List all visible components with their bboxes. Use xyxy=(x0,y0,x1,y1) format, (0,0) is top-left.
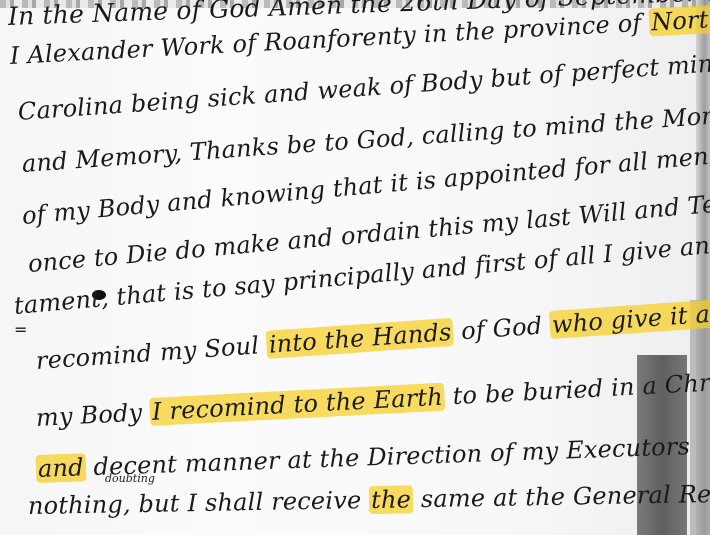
line-8-text-b: of God xyxy=(452,311,551,346)
line-8-text-a: recomind my Soul xyxy=(35,331,268,375)
line-11-text-a: nothing, but I shall receive xyxy=(28,486,370,520)
highlight-into-the-hands: into the Hands xyxy=(266,318,454,359)
line-11-text-b: same at the General Resurrection xyxy=(413,478,710,513)
line-9-text-a: my Body xyxy=(35,398,150,432)
margin-mark: = xyxy=(14,320,27,339)
scanned-page: = In the Name of God Amen the 26th Day o… xyxy=(0,0,710,535)
highlight-recomind-earth: I recomind to the Earth xyxy=(149,383,445,426)
highlight-who-give-it-and: who give it and xyxy=(549,298,710,339)
highlight-north: North- xyxy=(648,4,710,36)
highlight-and: and xyxy=(36,453,87,483)
highlight-the: the xyxy=(369,485,413,514)
line-10-text: decent manner at the Direction of my Exe… xyxy=(85,432,690,481)
manuscript-line-9: my Body I recomind to the Earth to be bu… xyxy=(35,365,710,432)
interlinear-insertion: doubting xyxy=(105,472,155,485)
